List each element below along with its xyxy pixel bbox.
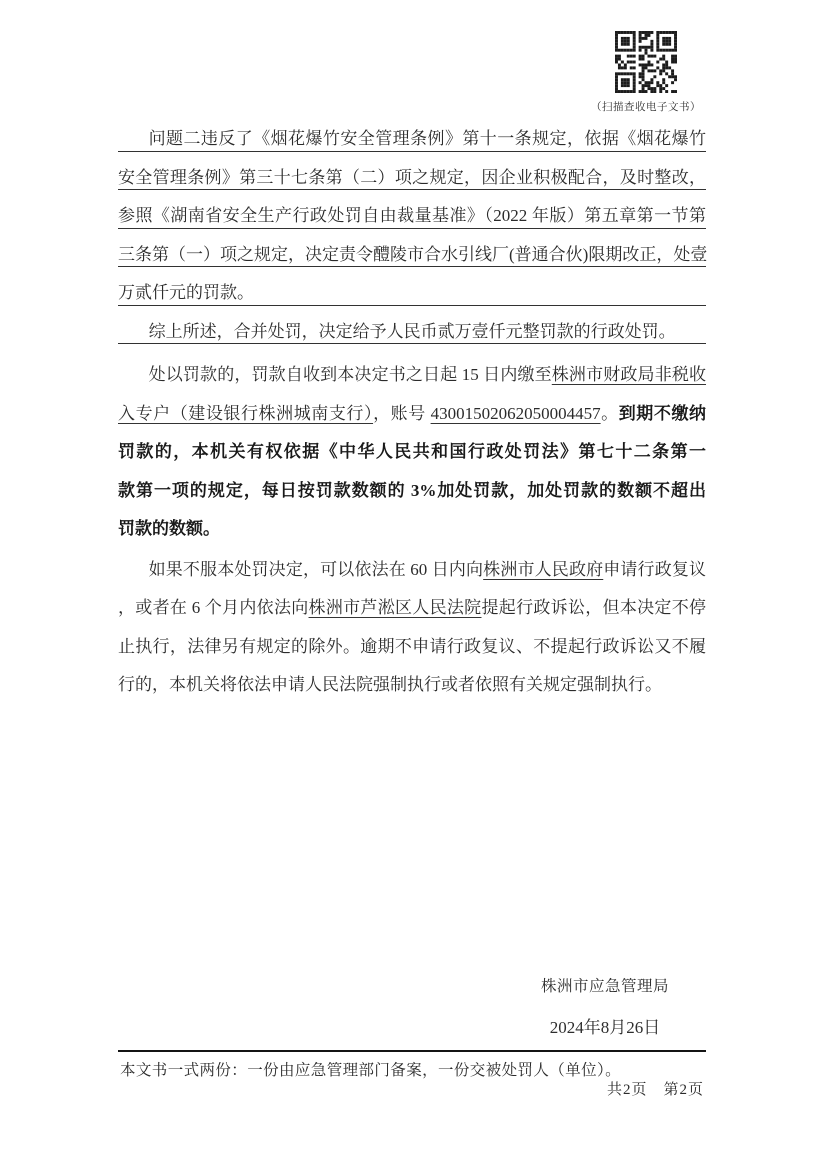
text-line: 入专户（建设银行株洲城南支行），账号 43001502062050004457。… [118, 387, 706, 426]
issue-date: 2024年8月26日 [505, 1013, 705, 1038]
text-line: 款第一项的规定，每日按罚款数额的 3%加处罚款，加处罚款的数额不超出 [118, 464, 706, 503]
text-line: 万贰仟元的罚款。 [118, 267, 706, 306]
paragraph: 问题二违反了《烟花爆竹安全管理条例》第十一条规定，依据《烟花爆竹安全管理条例》第… [118, 113, 706, 306]
text-line: 参照《湖南省安全生产行政处罚自由裁量基准》（2022 年版）第五章第一节第 [118, 190, 706, 229]
document-body: 问题二违反了《烟花爆竹安全管理条例》第十一条规定，依据《烟花爆竹安全管理条例》第… [118, 113, 706, 697]
text-line: 处以罚款的，罚款自收到本决定书之日起 15 日内缴至株洲市财政局非税收 [118, 348, 706, 387]
qr-caption: （扫描查收电子文书） [560, 99, 732, 114]
paragraph: 如果不服本处罚决定，可以依法在 60 日内向株洲市人民政府申请行政复议，或者在 … [118, 543, 706, 697]
text-line: 罚款的数额。 [118, 502, 706, 541]
page-number: 共2页 第2页 [607, 1078, 704, 1099]
text-line: 止执行，法律另有规定的除外。逾期不申请行政复议、不提起行政诉讼又不履 [118, 620, 706, 659]
footer-divider [118, 1050, 706, 1052]
qr-code-icon [615, 31, 677, 93]
text-line: ，或者在 6 个月内依法向株洲市芦淞区人民法院提起行政诉讼，但本决定不停 [118, 581, 706, 620]
text-line: 如果不服本处罚决定，可以依法在 60 日内向株洲市人民政府申请行政复议 [118, 543, 706, 582]
qr-block: （扫描查收电子文书） [560, 31, 732, 114]
text-line: 安全管理条例》第三十七条第（二）项之规定，因企业积极配合，及时整改， [118, 152, 706, 191]
issuing-agency: 株洲市应急管理局 [505, 974, 705, 996]
paragraph: 处以罚款的，罚款自收到本决定书之日起 15 日内缴至株洲市财政局非税收入专户（建… [118, 348, 706, 541]
text-line: 综上所述，合并处罚，决定给予人民币贰万壹仟元整罚款的行政处罚。 [118, 306, 706, 345]
text-line: 罚款的，本机关有权依据《中华人民共和国行政处罚法》第七十二条第一 [118, 425, 706, 464]
signature-block: 株洲市应急管理局 2024年8月26日 [505, 974, 705, 1038]
paragraph: 综上所述，合并处罚，决定给予人民币贰万壹仟元整罚款的行政处罚。 [118, 306, 706, 345]
footer-note: 本文书一式两份：一份由应急管理部门备案，一份交被处罚人（单位）。 [120, 1058, 621, 1080]
text-line: 行的，本机关将依法申请人民法院强制执行或者依照有关规定强制执行。 [118, 658, 706, 697]
text-line: 三条第（一）项之规定，决定责令醴陵市合水引线厂(普通合伙)限期改正，处壹 [118, 229, 706, 268]
text-line: 问题二违反了《烟花爆竹安全管理条例》第十一条规定，依据《烟花爆竹 [118, 113, 706, 152]
document-page: （扫描查收电子文书） 问题二违反了《烟花爆竹安全管理条例》第十一条规定，依据《烟… [0, 0, 822, 1165]
